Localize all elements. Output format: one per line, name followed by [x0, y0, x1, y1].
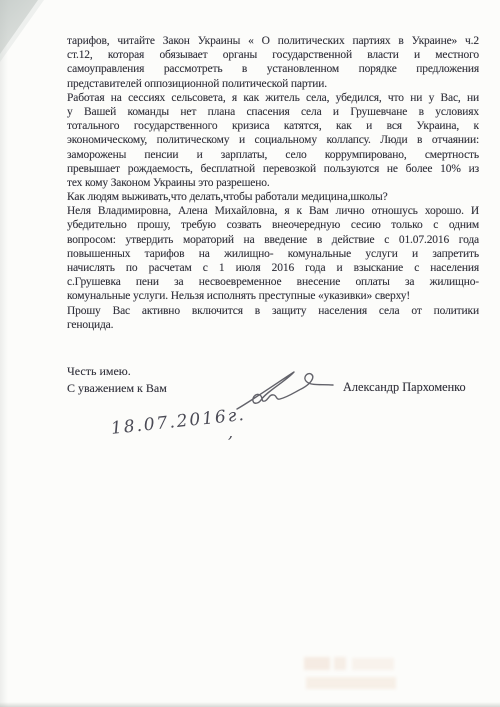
- body-line: заморожены пенсии и зарплаты, село корру…: [67, 148, 479, 162]
- body-line: Работая на сессиях сельсовета, я как жит…: [67, 91, 479, 105]
- body-line: комунальные услуги. Нельзя исполнять пре…: [67, 289, 479, 303]
- closing-honor-line: Честь имею.: [67, 363, 167, 380]
- body-line: самоуправления рассмотреть в установленн…: [67, 62, 479, 76]
- body-line: экономическому, политическому и социальн…: [67, 133, 479, 147]
- body-line: Неля Владимировна, Алена Михайловна, я к…: [67, 204, 479, 218]
- body-line: с.Грушевка пени за несвоевременное внесе…: [67, 275, 479, 289]
- stamp-bleed-blob: [304, 657, 330, 670]
- body-line: превышает рождаемость, бесплатной перево…: [67, 162, 479, 176]
- body-line: убедительно прошу, требую созвать внеоче…: [67, 218, 479, 232]
- scanned-letter-page: тарифов, читайте Закон Украины « О полит…: [0, 0, 500, 707]
- body-line: тарифов, читайте Закон Украины « О полит…: [67, 34, 479, 48]
- signer-name: Александр Пархоменко: [343, 380, 466, 395]
- body-line: представителей оппозиционной политическо…: [67, 77, 479, 91]
- body-line: начислять по расчетам с 1 июля 2016 года…: [67, 261, 479, 275]
- signature-scribble: [231, 366, 339, 414]
- body-line: ст.12, которая обязывает органы государс…: [67, 48, 479, 62]
- stamp-bleed-blob: [352, 658, 394, 670]
- handwritten-comma-mark: ,: [228, 423, 233, 442]
- body-line: Прошу Вас активно включится в защиту нас…: [67, 304, 479, 318]
- scan-left-edge-shadow: [0, 0, 8, 707]
- body-line: повышенных тарифов на жилищно- комунальн…: [67, 247, 479, 261]
- body-line: тех кому Законом Украины это разрешено.: [67, 176, 479, 190]
- body-line: тотального государственного кризиса катя…: [67, 119, 479, 133]
- body-line: геноцида.: [67, 318, 479, 332]
- body-line: вопросом: утвердить мораторий на введени…: [67, 233, 479, 247]
- closing-respect-line: С уважением к Вам: [67, 380, 167, 397]
- stamp-bleed-blob: [306, 677, 396, 689]
- stamp-bleed-blob: [334, 657, 346, 670]
- letter-body: тарифов, читайте Закон Украины « О полит…: [67, 34, 479, 332]
- body-line: Как людям выживать,что делать,чтобы рабо…: [67, 190, 479, 204]
- handwritten-date: 18.07.2016г.: [110, 405, 247, 439]
- body-line: у Вашей команды нет плана спасения села …: [67, 105, 479, 119]
- stamp-bleed-through: [300, 653, 400, 695]
- closing-block: Честь имею. С уважением к Вам: [67, 363, 167, 396]
- scan-bottom-edge-shadow: [0, 702, 500, 707]
